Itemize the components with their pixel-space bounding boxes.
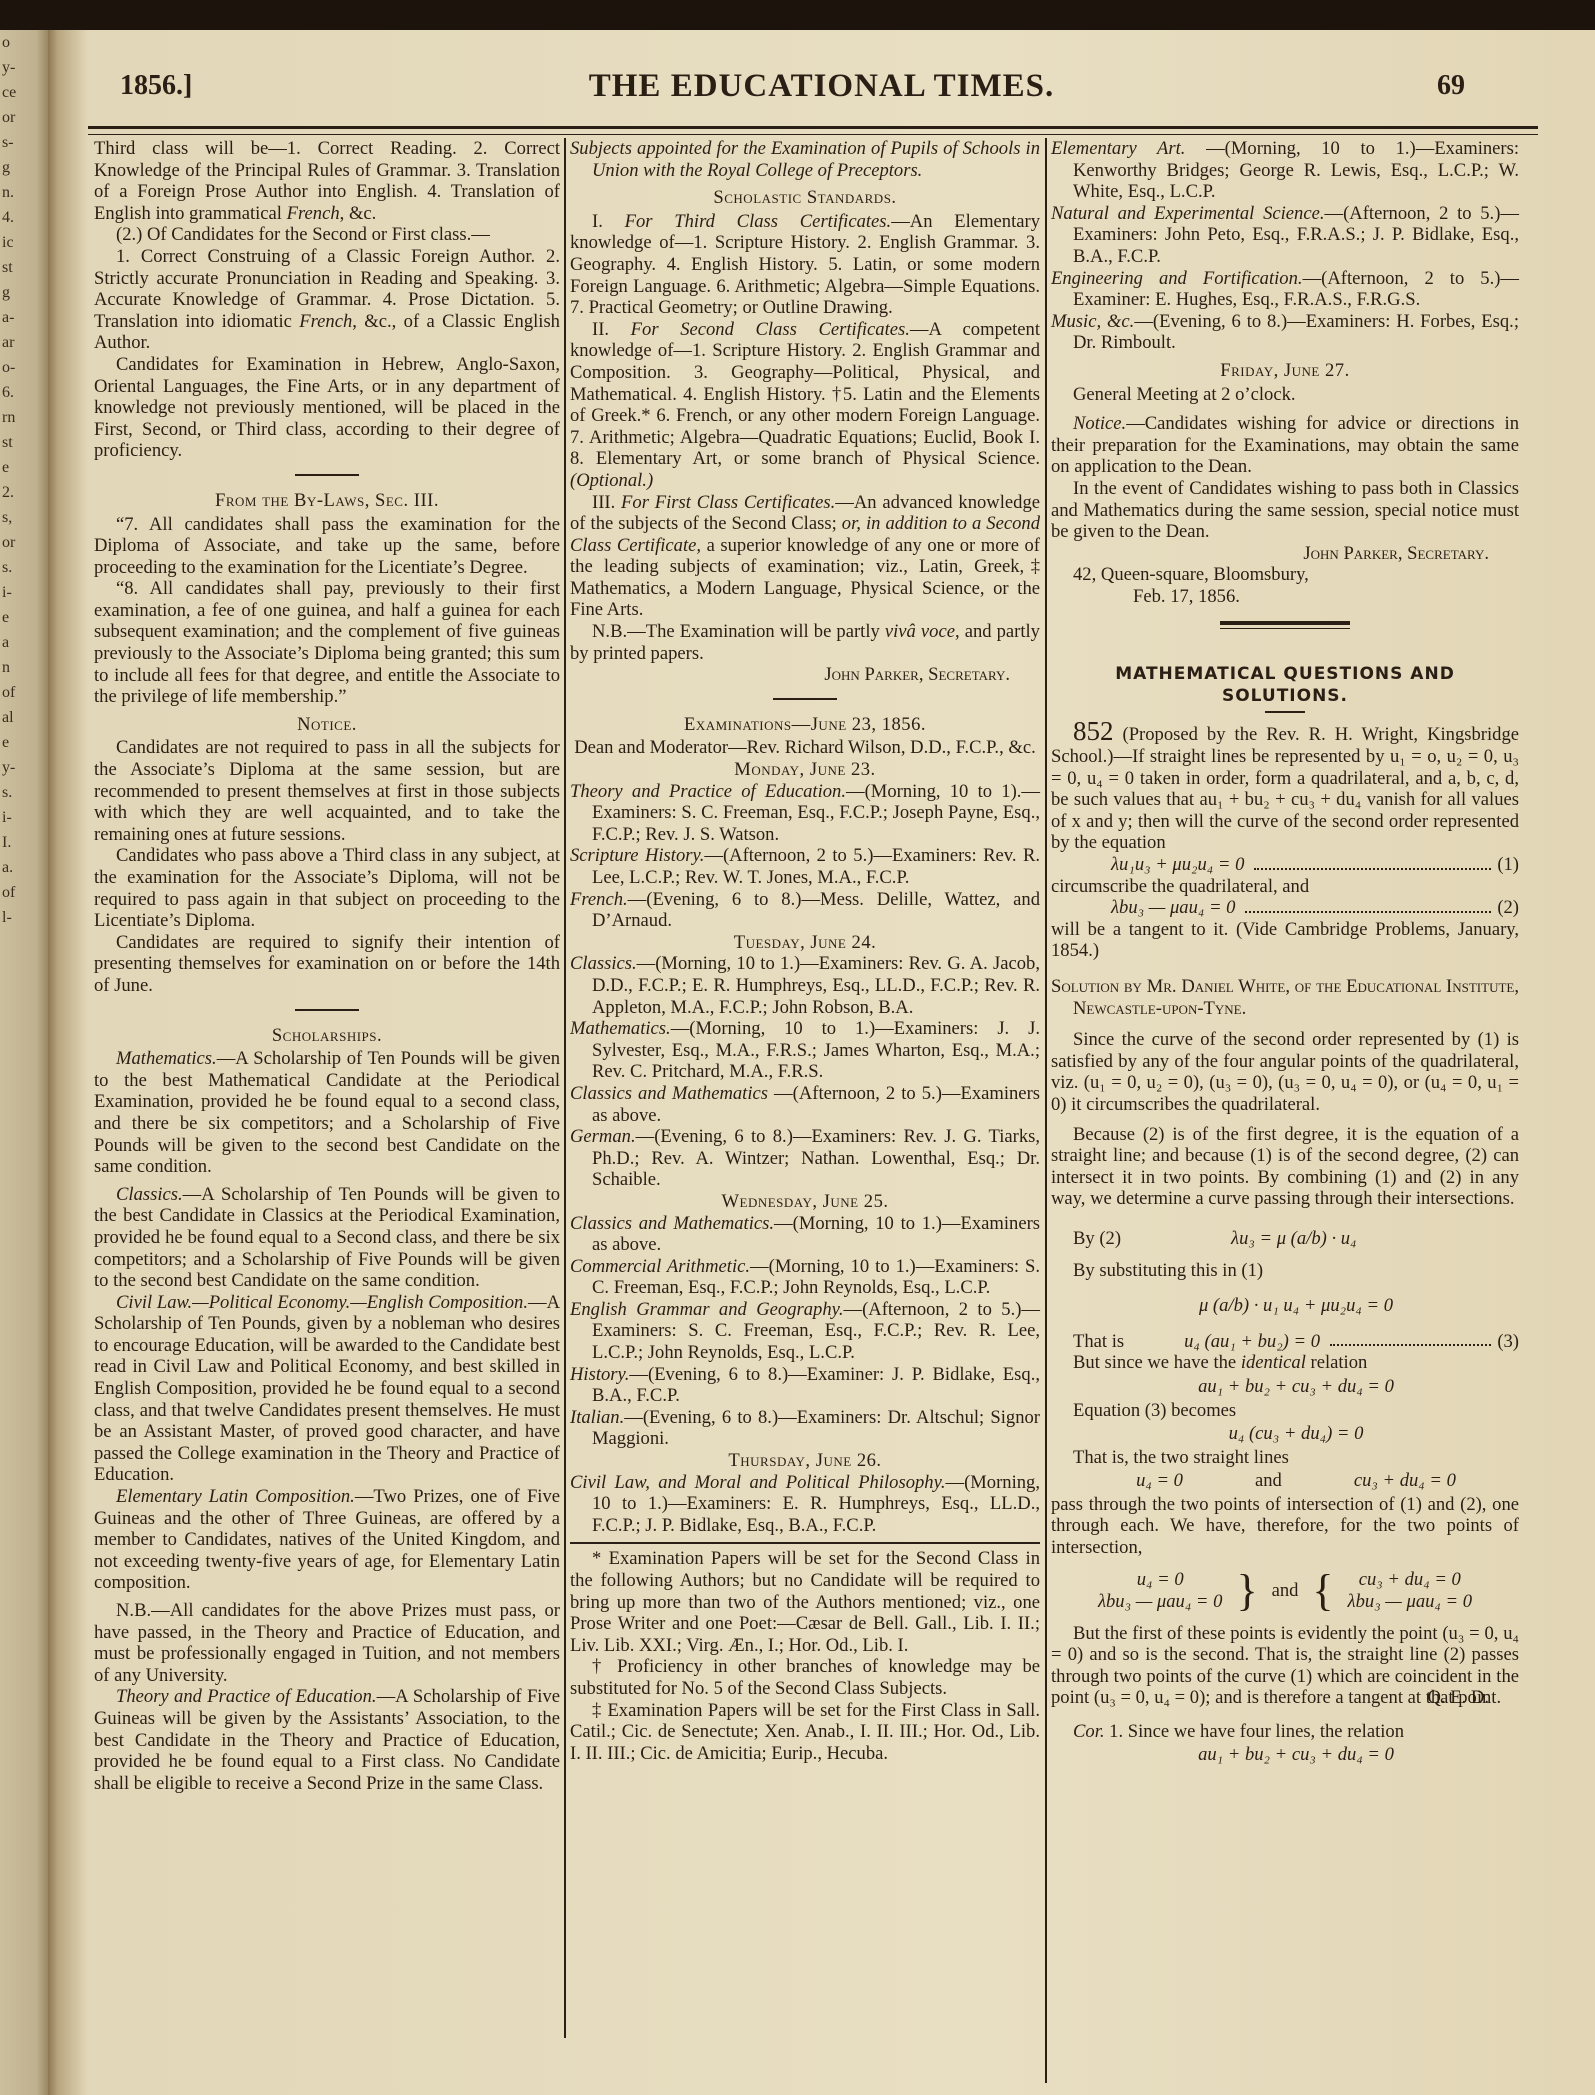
exam-entry: Engineering and Fortification.—(Afternoo… xyxy=(1051,268,1519,311)
solution-heading: Solution by Mr. Daniel White, of the Edu… xyxy=(1051,976,1519,1019)
page-number: 69 xyxy=(1437,70,1465,102)
previous-page-fragment: g xyxy=(0,155,52,180)
masthead: 1856.] THE EDUCATIONAL TIMES. 69 xyxy=(48,60,1595,120)
corollary: Cor. 1. Since we have four lines, the re… xyxy=(1051,1721,1519,1743)
section-heading-bylaws: From the By-Laws, Sec. III. xyxy=(94,490,560,512)
date: Feb. 17, 1856. xyxy=(1051,586,1519,608)
exam-entry: Classics and Mathematics —(Afternoon, 2 … xyxy=(570,1083,1040,1126)
exam-entry: French.—(Evening, 6 to 8.)—Mess. Delille… xyxy=(570,889,1040,932)
section-double-rule xyxy=(1220,621,1350,629)
previous-page-fragment: of xyxy=(0,680,52,705)
section-rule xyxy=(295,1009,359,1011)
previous-page-fragment: s. xyxy=(0,780,52,805)
corollary-equation: au₁ + bu₂ + cu₃ + du₄ = 0 xyxy=(1051,1744,1519,1766)
exam-entry: Classics and Mathematics.—(Morning, 10 t… xyxy=(570,1213,1040,1256)
paragraph: By substituting this in (1) xyxy=(1051,1260,1519,1282)
day-heading: Tuesday, June 24. xyxy=(570,932,1040,954)
bylaw-7: “7. All candidates shall pass the examin… xyxy=(94,514,560,579)
publication-title: THE EDUCATIONAL TIMES. xyxy=(48,68,1595,105)
paragraph: Equation (3) becomes xyxy=(1051,1400,1519,1422)
scholarship-civil-law: Civil Law.—Political Economy.—English Co… xyxy=(94,1292,560,1486)
question-852: 852 (Proposed by the Rev. R. H. Wright, … xyxy=(1051,721,1519,854)
masthead-rule xyxy=(88,126,1538,135)
paragraph: Since the curve of the second order repr… xyxy=(1051,1029,1519,1115)
section-heading-standards: Scholastic Standards. xyxy=(570,187,1040,209)
column-divider xyxy=(1045,138,1047,2083)
previous-page-fragment: y- xyxy=(0,55,52,80)
paragraph: Candidates who pass above a Third class … xyxy=(94,845,560,931)
previous-page-fragment: ce xyxy=(0,80,52,105)
paragraph: 1. Correct Construing of a Classic Forei… xyxy=(94,246,560,354)
column-3: Elementary Art. —(Morning, 10 to 1.)—Exa… xyxy=(1051,138,1519,1768)
previous-page-fragment: st xyxy=(0,255,52,280)
column-1: Third class will be—1. Correct Reading. … xyxy=(94,138,560,1794)
section-heading-math-questions: MATHEMATICAL QUESTIONS AND SOLUTIONS. xyxy=(1051,663,1519,707)
exam-entry: Theory and Practice of Education.—(Morni… xyxy=(570,781,1040,846)
column-divider xyxy=(564,138,566,2038)
previous-page-fragment: 2. xyxy=(0,480,52,505)
bylaw-8: “8. All candidates shall pay, previously… xyxy=(94,578,560,708)
paragraph: But since we have the identical relation xyxy=(1051,1352,1519,1374)
previous-page-edge: oy-ceors-gn.4.icstga-aro-6.rnste2.s,ors.… xyxy=(0,30,52,2095)
equation-2: λbu₃ — μau₄ = 0(2) xyxy=(1051,897,1519,919)
scholarship-mathematics: Mathematics.—A Scholarship of Ten Pounds… xyxy=(94,1048,560,1178)
previous-page-fragment: 4. xyxy=(0,205,52,230)
by-2-equation: By (2)λu₃ = μ (a/b) · u₄ xyxy=(1051,1228,1519,1250)
exam-entry: Classics.—(Morning, 10 to 1.)—Examiners:… xyxy=(570,953,1040,1018)
paragraph: In the event of Candidates wishing to pa… xyxy=(1051,478,1519,543)
two-lines: u₄ = 0andcu₃ + du₄ = 0 xyxy=(1051,1470,1519,1492)
previous-page-fragment: or xyxy=(0,105,52,130)
previous-page-fragment: g xyxy=(0,280,52,305)
general-meeting: General Meeting at 2 o’clock. xyxy=(1051,384,1519,406)
section-heading-scholarships: Scholarships. xyxy=(94,1025,560,1047)
paragraph: Third class will be—1. Correct Reading. … xyxy=(94,138,560,224)
previous-page-fragment: ar xyxy=(0,330,52,355)
newspaper-page: 1856.] THE EDUCATIONAL TIMES. 69 Third c… xyxy=(48,30,1595,2095)
previous-page-fragment: o xyxy=(0,30,52,55)
paragraph: That is, the two straight lines xyxy=(1051,1447,1519,1469)
previous-page-fragment: o- xyxy=(0,355,52,380)
address: 42, Queen-square, Bloomsbury, xyxy=(1051,564,1519,586)
scholarship-theory-practice: Theory and Practice of Education.—A Scho… xyxy=(94,1686,560,1794)
signature: John Parker, Secretary. xyxy=(570,664,1040,686)
previous-page-fragment: y- xyxy=(0,755,52,780)
previous-page-fragment: rn xyxy=(0,405,52,430)
notice: Notice.—Candidates wishing for advice or… xyxy=(1051,413,1519,478)
section-rule xyxy=(773,698,837,700)
previous-page-fragment: l- xyxy=(0,905,52,930)
previous-page-fragment: ic xyxy=(0,230,52,255)
exam-entry: Elementary Art. —(Morning, 10 to 1.)—Exa… xyxy=(1051,138,1519,203)
first-class-standard: III. For First Class Certificates.—An ad… xyxy=(570,492,1040,622)
signature: John Parker, Secretary. xyxy=(1051,543,1519,565)
previous-page-fragment: a xyxy=(0,630,52,655)
substituted-equation: μ (a/b) · u₁ u₄ + μu₂u₄ = 0 xyxy=(1051,1295,1519,1317)
intersection-pairs: u₄ = 0λbu₃ — μau₄ = 0 } and { cu₃ + du₄ … xyxy=(1051,1569,1519,1613)
exam-entry: German.—(Evening, 6 to 8.)—Examiners: Re… xyxy=(570,1126,1040,1191)
previous-page-fragment: i- xyxy=(0,805,52,830)
nota-bene: N.B.—All candidates for the above Prizes… xyxy=(94,1600,560,1686)
exam-entry: Civil Law, and Moral and Political Philo… xyxy=(570,1472,1040,1537)
paragraph: pass through the two points of intersect… xyxy=(1051,1494,1519,1559)
previous-page-fragment: n. xyxy=(0,180,52,205)
equation-1: λu₁u₃ + μu₂u₄ = 0(1) xyxy=(1051,854,1519,876)
paragraph: Candidates are required to signify their… xyxy=(94,932,560,997)
exam-entry: Scripture History.—(Afternoon, 2 to 5.)—… xyxy=(570,845,1040,888)
day-heading: Thursday, June 26. xyxy=(570,1450,1040,1472)
section-heading-examinations: Examinations—June 23, 1856. xyxy=(570,714,1040,736)
exam-schedule-continued: Elementary Art. —(Morning, 10 to 1.)—Exa… xyxy=(1051,138,1519,354)
identity-equation: au₁ + bu₂ + cu₃ + du₄ = 0 xyxy=(1051,1376,1519,1398)
previous-page-fragment: n xyxy=(0,655,52,680)
paragraph: Because (2) is of the first degree, it i… xyxy=(1051,1124,1519,1210)
previous-page-fragment: 6. xyxy=(0,380,52,405)
section-rule xyxy=(295,474,359,476)
day-heading: Wednesday, June 25. xyxy=(570,1191,1040,1213)
question-number: 852 xyxy=(1073,716,1114,746)
exam-entry: Italian.—(Evening, 6 to 8.)—Examiners: D… xyxy=(570,1407,1040,1450)
day-heading: Monday, June 23. xyxy=(570,759,1040,781)
previous-page-fragment: s. xyxy=(0,555,52,580)
section-rule xyxy=(1265,711,1305,713)
column-2: Subjects appointed for the Examination o… xyxy=(570,138,1040,1764)
section-heading-notice: Notice. xyxy=(94,714,560,736)
previous-page-fragment: s, xyxy=(0,505,52,530)
paragraph: Candidates for Examination in Hebrew, An… xyxy=(94,354,560,462)
footnote: ‡ Examination Papers will be set for the… xyxy=(570,1700,1040,1765)
third-class-standard: I. For Third Class Certificates.—An Elem… xyxy=(570,211,1040,319)
scholarship-classics: Classics.—A Scholarship of Ten Pounds wi… xyxy=(94,1184,560,1292)
footnote: * Examination Papers will be set for the… xyxy=(570,1548,1040,1656)
previous-page-fragment: or xyxy=(0,530,52,555)
day-heading-friday: Friday, June 27. xyxy=(1051,360,1519,382)
paragraph: will be a tangent to it. (Vide Cambridge… xyxy=(1051,919,1519,962)
previous-page-fragment: e xyxy=(0,605,52,630)
previous-page-fragment: a- xyxy=(0,305,52,330)
exam-entry: Mathematics.—(Morning, 10 to 1.)—Examine… xyxy=(570,1018,1040,1083)
previous-page-fragment: I. xyxy=(0,830,52,855)
previous-page-fragment: of xyxy=(0,880,52,905)
previous-page-fragment: e xyxy=(0,455,52,480)
previous-page-fragment: al xyxy=(0,705,52,730)
second-class-standard: II. For Second Class Certificates.—A com… xyxy=(570,319,1040,492)
equation-3-becomes: u₄ (cu₃ + du₄) = 0 xyxy=(1051,1423,1519,1445)
paragraph: circumscribe the quadrilateral, and xyxy=(1051,876,1519,898)
equation-3: That isu₄ (au₁ + bu₂) = 0(3) xyxy=(1051,1331,1519,1353)
previous-page-fragment: e xyxy=(0,730,52,755)
paragraph: Candidates are not required to pass in a… xyxy=(94,737,560,845)
previous-page-fragment: a. xyxy=(0,855,52,880)
exam-schedule: Monday, June 23.Theory and Practice of E… xyxy=(570,759,1040,1536)
exam-entry: History.—(Evening, 6 to 8.)—Examiner: J.… xyxy=(570,1364,1040,1407)
previous-page-fragment: i- xyxy=(0,580,52,605)
previous-page-fragment: st xyxy=(0,430,52,455)
previous-page-fragment: s- xyxy=(0,130,52,155)
exam-entry: Music, &c.—(Evening, 6 to 8.)—Examiners:… xyxy=(1051,311,1519,354)
footnote: † Proficiency in other branches of knowl… xyxy=(570,1656,1040,1699)
prize-latin-composition: Elementary Latin Composition.—Two Prizes… xyxy=(94,1486,560,1594)
paragraph: (2.) Of Candidates for the Second or Fir… xyxy=(94,224,560,246)
exam-entry: Natural and Experimental Science.—(After… xyxy=(1051,203,1519,268)
exam-entry: Commercial Arithmetic.—(Morning, 10 to 1… xyxy=(570,1256,1040,1299)
dean-moderator: Dean and Moderator—Rev. Richard Wilson, … xyxy=(570,737,1040,759)
intro: Subjects appointed for the Examination o… xyxy=(570,138,1040,181)
nota-bene: N.B.—The Examination will be partly vivâ… xyxy=(570,621,1040,664)
exam-entry: English Grammar and Geography.—(Afternoo… xyxy=(570,1299,1040,1364)
footnote-rule xyxy=(570,1542,1040,1544)
footnotes: * Examination Papers will be set for the… xyxy=(570,1548,1040,1764)
